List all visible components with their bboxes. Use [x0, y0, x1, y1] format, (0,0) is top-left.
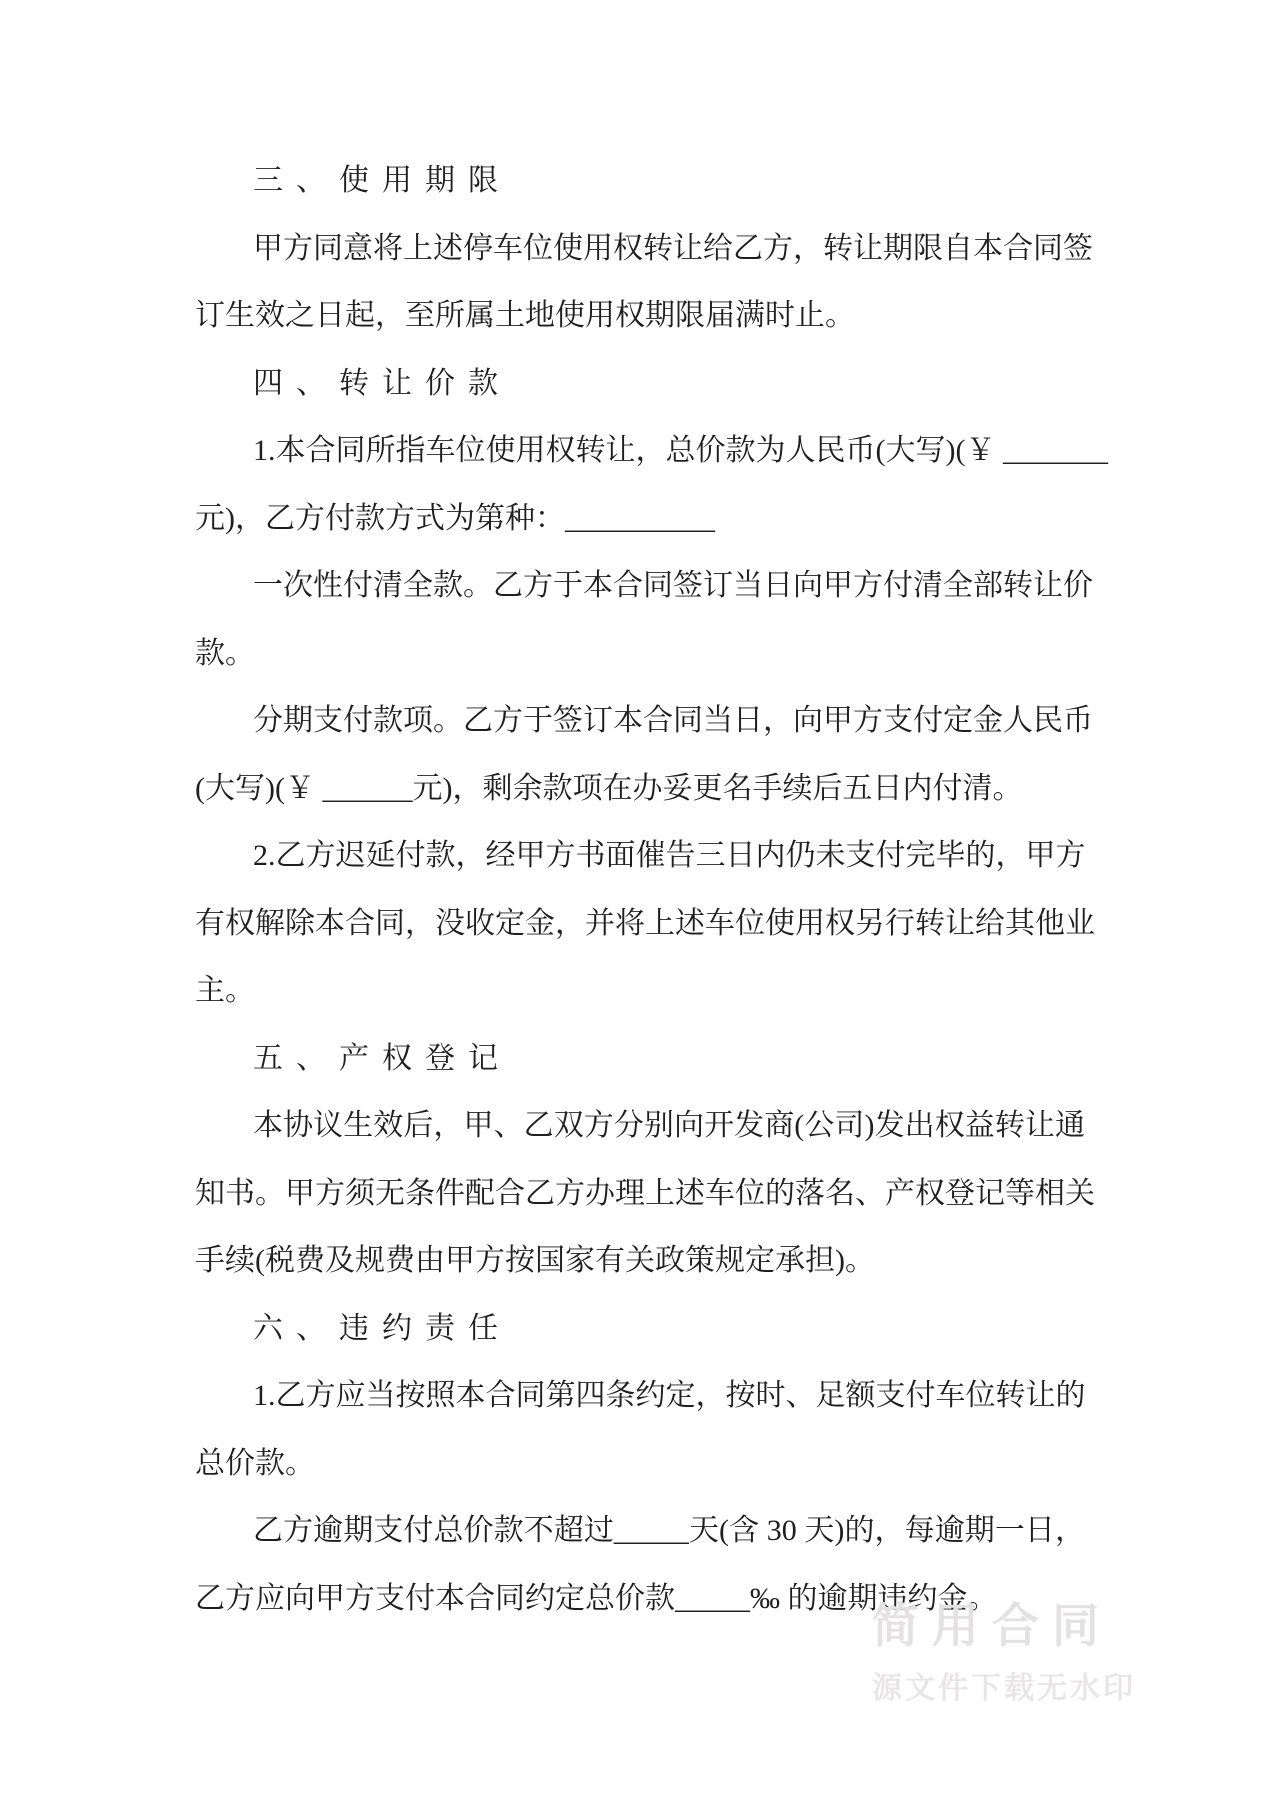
watermark-brand-text: 简用合同: [872, 1598, 1162, 1654]
text-line: 主。: [195, 957, 1085, 1025]
section-heading-line: 三、使用期限: [195, 147, 1085, 215]
text-line: 款。: [195, 620, 1085, 688]
text-line: 1.乙方应当按照本合同第四条约定，按时、足额支付车位转让的: [195, 1362, 1085, 1430]
contract-page-body: 三、使用期限甲方同意将上述停车位使用权转让给乙方，转让期限自本合同签订生效之日起…: [195, 147, 1085, 1632]
section-heading-line: 五、产权登记: [195, 1025, 1085, 1093]
text-line: 2.乙方迟延付款，经甲方书面催告三日内仍未支付完毕的，甲方: [195, 822, 1085, 890]
text-line: 元)，乙方付款方式为第种：__________: [195, 485, 1085, 553]
text-line: 分期支付款项。乙方于签订本合同当日，向甲方支付定金人民币: [195, 687, 1085, 755]
text-line: 1.本合同所指车位使用权转让，总价款为人民币(大写)(￥ _______: [195, 417, 1085, 485]
text-line: 有权解除本合同，没收定金，并将上述车位使用权另行转让给其他业: [195, 890, 1085, 958]
text-line: 一次性付清全款。乙方于本合同签订当日向甲方付清全部转让价: [195, 552, 1085, 620]
text-line: 乙方逾期支付总价款不超过_____天(含 30 天)的，每逾期一日，: [195, 1497, 1085, 1565]
section-heading-line: 四、转让价款: [195, 350, 1085, 418]
text-line: 本协议生效后，甲、乙双方分别向开发商(公司)发出权益转让通: [195, 1092, 1085, 1160]
watermark: 简用合同 源文件下载无水印: [872, 1598, 1162, 1706]
text-line: 甲方同意将上述停车位使用权转让给乙方，转让期限自本合同签: [195, 215, 1085, 283]
watermark-subtitle-text: 源文件下载无水印: [872, 1672, 1162, 1706]
text-line: 总价款。: [195, 1430, 1085, 1498]
text-line: (大写)(￥ ______元)，剩余款项在办妥更名手续后五日内付清。: [195, 755, 1085, 823]
text-line: 订生效之日起，至所属土地使用权期限届满时止。: [195, 282, 1085, 350]
section-heading-line: 六、违约责任: [195, 1295, 1085, 1363]
text-line: 手续(税费及规费由甲方按国家有关政策规定承担)。: [195, 1227, 1085, 1295]
text-line: 知书。甲方须无条件配合乙方办理上述车位的落名、产权登记等相关: [195, 1160, 1085, 1228]
